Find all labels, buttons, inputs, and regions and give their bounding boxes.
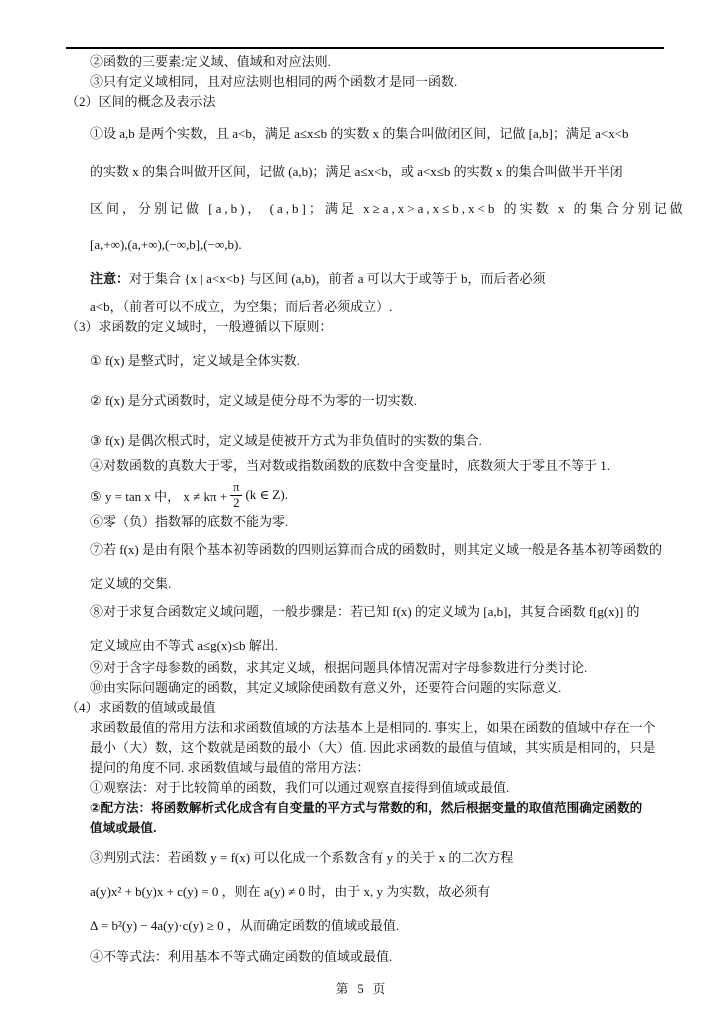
- doc-line-bold: 值域或最值.: [90, 818, 664, 838]
- doc-line: ③只有定义域相同，且对应法则也相同的两个函数才是同一函数.: [90, 72, 664, 92]
- doc-line: ⑦若 f(x) 是由有限个基本初等函数的四则运算而合成的函数时，则其定义域一般是…: [90, 538, 664, 562]
- formula-line: Δ = b²(y) − 4a(y)·c(y) ≥ 0 ，从而确定函数的值域或最值…: [90, 914, 664, 938]
- note-label: 注意：: [90, 271, 129, 286]
- doc-line: 求函数最值的常用方法和求函数值域的方法基本上是相同的. 事实上，如果在函数的值域…: [90, 718, 664, 738]
- fraction-denominator: 2: [230, 495, 242, 510]
- doc-line: ④不等式法：利用基本不等式确定函数的值域或最值.: [90, 947, 664, 967]
- section-heading: （3）求函数的定义域时，一般遵循以下原则：: [66, 317, 664, 337]
- doc-line: ③ f(x) 是偶次根式时，定义域是使被开方式为非负值时的实数的集合.: [90, 429, 664, 453]
- formula-post: (k ∈ Z).: [245, 487, 287, 503]
- formula-pre: ⑤ y = tan x 中， x ≠ kπ +: [90, 486, 227, 505]
- doc-line: ③判别式法：若函数 y = f(x) 可以化成一个系数含有 y 的关于 x 的二…: [90, 846, 664, 870]
- page-footer: 第 5 页: [0, 979, 724, 997]
- doc-line: 定义域应由不等式 a≤g(x)≤b 解出.: [90, 634, 664, 658]
- doc-line: 的实数 x 的集合叫做开区间，记做 (a,b)；满足 a≤x<b，或 a<x≤b…: [90, 160, 664, 184]
- doc-line: ⑩由实际问题确定的函数，其定义域除使函数有意义外，还要符合问题的实际意义.: [90, 678, 664, 698]
- formula-line: ⑤ y = tan x 中， x ≠ kπ + π 2 (k ∈ Z).: [90, 478, 664, 512]
- doc-line: 定义域的交集.: [90, 574, 664, 594]
- doc-line: ①观察法：对于比较简单的函数，我们可以通过观察直接得到值域或最值.: [90, 778, 664, 798]
- document-page: ②函数的三要素:定义域、值域和对应法则. ③只有定义域相同，且对应法则也相同的两…: [0, 0, 724, 1024]
- doc-line: ⑧对于求复合函数定义域问题，一般步骤是：若已知 f(x) 的定义域为 [a,b]…: [90, 600, 664, 624]
- note-line: 注意：对于集合 {x | a<x<b} 与区间 (a,b)，前者 a 可以大于或…: [90, 269, 664, 289]
- page-number: 第 5 页: [336, 982, 389, 996]
- doc-line: ② f(x) 是分式函数时，定义域是使分母不为零的一切实数.: [90, 389, 664, 413]
- doc-line: ⑨对于含字母参数的函数，求其定义域，根据问题具体情况需对字母参数进行分类讨论.: [90, 658, 664, 678]
- fraction-numerator: π: [230, 480, 242, 494]
- doc-line: ④对数函数的真数大于零，当对数或指数函数的底数中含变量时，底数须大于零且不等于 …: [90, 456, 664, 476]
- doc-line-bold: ②配方法：将函数解析式化成含有自变量的平方式与常数的和，然后根据变量的取值范围确…: [90, 798, 664, 818]
- section-heading: （2）区间的概念及表示法: [66, 92, 664, 112]
- document-content: ②函数的三要素:定义域、值域和对应法则. ③只有定义域相同，且对应法则也相同的两…: [66, 52, 664, 967]
- formula-line: a(y)x² + b(y)x + c(y) = 0 ，则在 a(y) ≠ 0 时…: [90, 880, 664, 904]
- doc-line: 提问的角度不同. 求函数值域与最值的常用方法：: [90, 758, 664, 778]
- header-rule: [66, 47, 664, 49]
- doc-line: ①设 a,b 是两个实数，且 a<b，满足 a≤x≤b 的实数 x 的集合叫做闭…: [90, 122, 664, 146]
- note-text: 对于集合 {x | a<x<b} 与区间 (a,b)，前者 a 可以大于或等于 …: [129, 271, 545, 286]
- doc-line: 区间，分别记做 [a,b)， (a,b]；满足 x≥a,x>a,x≤b,x<b …: [90, 197, 664, 221]
- doc-line: ① f(x) 是整式时，定义域是全体实数.: [90, 349, 664, 373]
- formula-line: [a,+∞),(a,+∞),(−∞,b],(−∞,b).: [90, 233, 664, 257]
- fraction: π 2: [230, 480, 242, 510]
- doc-line: ②函数的三要素:定义域、值域和对应法则.: [90, 52, 664, 72]
- section-heading: （4）求函数的值域或最值: [66, 698, 664, 718]
- doc-line: ⑥零（负）指数幂的底数不能为零.: [90, 512, 664, 532]
- doc-line: a<b，（前者可以不成立，为空集；而后者必须成立）.: [90, 297, 664, 317]
- doc-line: 最小（大）数，这个数就是函数的最小（大）值. 因此求函数的最值与值域，其实质是相…: [90, 738, 664, 758]
